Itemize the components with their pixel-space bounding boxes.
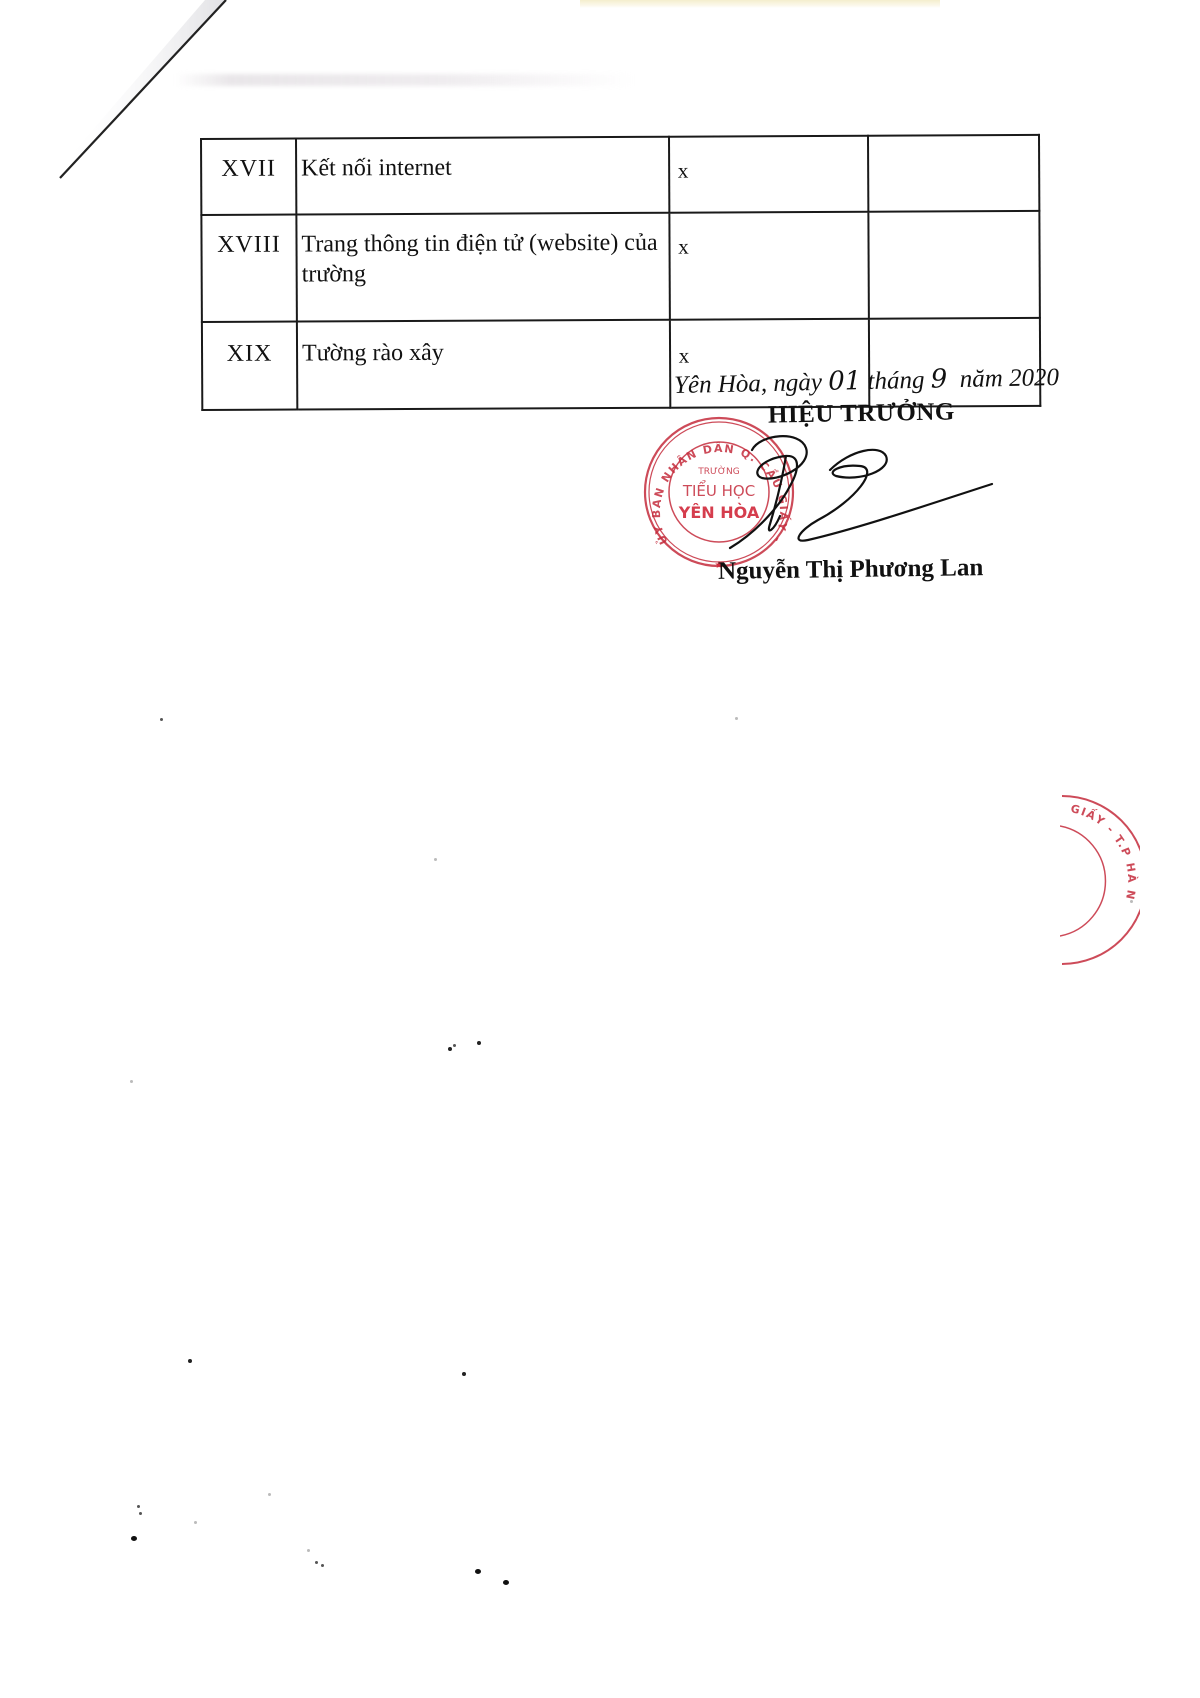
scan-speck: [160, 718, 163, 721]
scan-speck: [434, 858, 437, 861]
date-month-label: tháng: [867, 367, 925, 395]
scan-speck: [315, 1561, 318, 1564]
scan-speck: [1130, 900, 1133, 903]
scan-speck: [321, 1564, 324, 1567]
date-month: 9: [930, 364, 947, 394]
signer-name: Nguyễn Thị Phương Lan: [718, 554, 984, 586]
scan-speck: [194, 1521, 197, 1524]
row-number: XIX: [202, 322, 297, 410]
scan-speck: [268, 1493, 271, 1496]
scan-speck: [475, 1569, 481, 1574]
row-number: XVII: [201, 139, 296, 215]
date-day: 01: [828, 366, 862, 397]
scan-speck: [131, 1536, 137, 1541]
row-not-has-mark: [868, 135, 1040, 212]
date-year: năm 2020: [959, 364, 1059, 393]
scan-speck: [448, 1047, 452, 1051]
date-place: Yên Hòa, ngày: [674, 369, 822, 399]
scan-speck: [139, 1512, 142, 1515]
table-row: XVIII Trang thông tin điện tử (website) …: [201, 211, 1040, 322]
partial-stamp-text: GIẤY - T.P HÀ N: [1069, 802, 1138, 902]
row-has-mark: x: [669, 212, 869, 320]
scan-speck: [453, 1044, 456, 1047]
scan-speck: [307, 1549, 310, 1552]
scan-speck: [735, 717, 738, 720]
scan-speck: [477, 1041, 481, 1045]
scan-speck: [137, 1505, 140, 1508]
scan-speck: [462, 1372, 466, 1376]
handwritten-signature-icon: [690, 420, 1020, 560]
partial-stamp-icon: GIẤY - T.P HÀ N: [1060, 790, 1140, 970]
scan-speck: [130, 1080, 133, 1083]
scan-edge-artifact: [580, 0, 940, 8]
table-row: XIX Tường rào xây x: [202, 318, 1040, 410]
row-not-has-mark: [868, 211, 1040, 319]
row-item: Kết nối internet: [296, 137, 669, 215]
row-item: Tường rào xây: [297, 320, 670, 410]
svg-text:GIẤY - T.P HÀ N: GIẤY - T.P HÀ N: [1069, 802, 1138, 902]
row-has-mark: x: [669, 136, 868, 213]
row-number: XVIII: [201, 215, 297, 322]
row-item: Trang thông tin điện tử (website) của tr…: [296, 213, 669, 322]
table-row: XVII Kết nối internet x: [201, 135, 1039, 215]
scan-speck: [503, 1580, 509, 1585]
scan-speck: [188, 1359, 192, 1363]
